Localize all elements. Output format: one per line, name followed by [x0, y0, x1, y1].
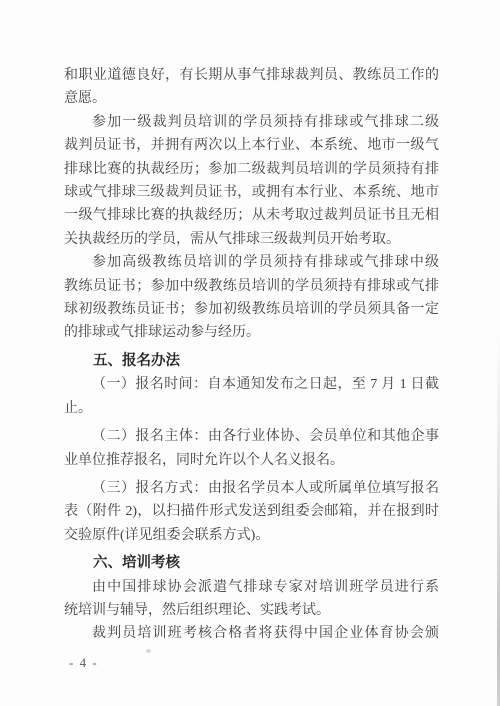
text-line: 意愿。 — [64, 87, 439, 110]
text-line: 和职业道德良好，有长期从事气排球裁判员、教练员工作的 — [64, 64, 439, 87]
text-line: 球或气排球三级裁判员证书，或拥有本行业、本系统、地市 — [64, 181, 439, 204]
text-line: 一级气排球比赛的执裁经历；从未考取过裁判员证书且无相 — [64, 204, 439, 227]
text-line: （一）报名时间：自本通知发布之日起，至 7 月 1 日截 — [64, 373, 439, 396]
text-line: （二）报名主体：由各行业体协、会员单位和其他企事 — [64, 425, 439, 448]
text-line: 统培训与辅导，然后组织理论、实践考试。 — [64, 599, 439, 622]
text-line: 交验原件(详见组委会联系方式)。 — [64, 524, 439, 547]
text-line: 业单位推荐报名，同时允许以个人名义报名。 — [64, 449, 439, 472]
text-line: 的排球或气排球运动参与经历。 — [64, 321, 439, 344]
text-line: 参加一级裁判员培训的学员须持有排球或气排球二级 — [64, 111, 439, 134]
text-line: 表（附件 2)，以扫描件形式发送到组委会邮箱，并在报到时 — [64, 500, 439, 523]
text-line: 裁判员培训班考核合格者将获得中国企业体育协会颁 — [64, 622, 439, 645]
text-line: 教练员证书；参加中级教练员培训的学员须持有排球或气排 — [64, 275, 439, 298]
text-line: 裁判员证书，并拥有两次以上本行业、本系统、地市一级气 — [64, 134, 439, 157]
text-line: 止。 — [64, 397, 439, 420]
scan-speck — [146, 649, 151, 653]
text-line: 排球比赛的执裁经历；参加二级裁判员培训的学员须持有排 — [64, 158, 439, 181]
document-page: 和职业道德良好，有长期从事气排球裁判员、教练员工作的意愿。参加一级裁判员培训的学… — [0, 0, 500, 706]
page-number: - 4 - — [69, 655, 98, 671]
text-line: 参加高级教练员培训的学员须持有排球或气排球中级 — [64, 251, 439, 274]
section-heading: 五、报名办法 — [64, 350, 439, 373]
text-line: （三）报名方式：由报名学员本人或所属单位填写报名 — [64, 477, 439, 500]
text-line: 球初级教练员证书；参加初级教练员培训的学员须具备一定 — [64, 298, 439, 321]
text-line: 关执裁经历的学员，需从气排球三级裁判员开始考取。 — [64, 228, 439, 251]
document-text-column: 和职业道德良好，有长期从事气排球裁判员、教练员工作的意愿。参加一级裁判员培训的学… — [64, 64, 439, 646]
section-heading: 六、培训考核 — [64, 552, 439, 575]
text-line: 由中国排球协会派遣气排球专家对培训班学员进行系 — [64, 576, 439, 599]
